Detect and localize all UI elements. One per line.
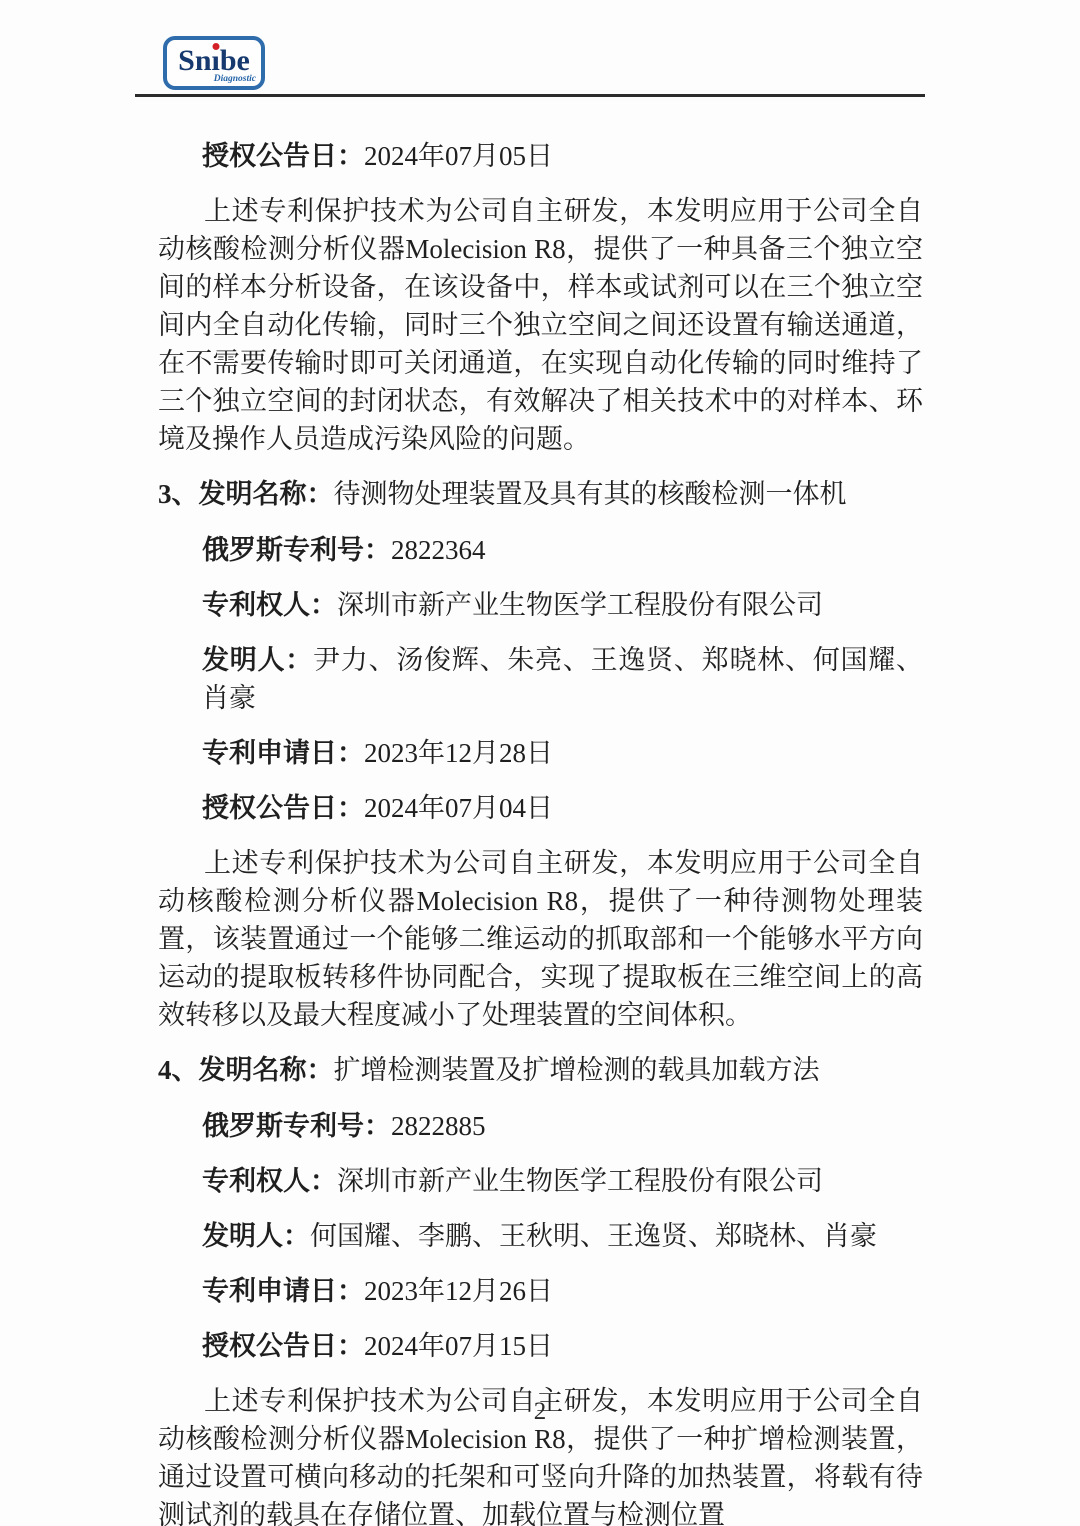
patent3-inventors-field: 发明人：尹力、汤俊辉、朱亮、王逸贤、郑晓林、何国耀、肖豪 (202, 641, 923, 717)
field-label: 俄罗斯专利号： (202, 1111, 391, 1141)
patent3-number-prefix: 3、 (158, 479, 199, 509)
logo-text-post: be (220, 44, 250, 77)
patent4-patentee-field: 专利权人：深圳市新产业生物医学工程股份有限公司 (202, 1162, 923, 1200)
field-value: 2024年07月05日 (364, 141, 553, 171)
field-label: 授权公告日： (202, 141, 364, 171)
patent2-grant-date-field: 授权公告日：2024年07月05日 (202, 137, 923, 175)
patent4-name-label: 发明名称： (199, 1055, 334, 1085)
logo-subtitle: Diagnostic (214, 74, 256, 84)
field-label: 专利权人： (202, 1166, 337, 1196)
patent3-patentee-field: 专利权人：深圳市新产业生物医学工程股份有限公司 (202, 586, 923, 624)
field-value: 深圳市新产业生物医学工程股份有限公司 (337, 590, 823, 620)
field-value: 深圳市新产业生物医学工程股份有限公司 (337, 1166, 823, 1196)
field-label: 专利申请日： (202, 738, 364, 768)
field-label: 发明人： (202, 1221, 310, 1251)
field-label: 授权公告日： (202, 793, 364, 823)
patent4-inventors-field: 发明人：何国耀、李鹏、王秋明、王逸贤、郑晓林、肖豪 (202, 1217, 923, 1255)
patent3-description: 上述专利保护技术为公司自主研发，本发明应用于公司全自动核酸检测分析仪器Molec… (158, 844, 923, 1034)
page-number: 2 (0, 1398, 1080, 1426)
field-label: 专利申请日： (202, 1276, 364, 1306)
field-value: 2024年07月15日 (364, 1331, 553, 1361)
logo-text-pre: Sn (178, 44, 211, 77)
field-value: 2822885 (391, 1111, 486, 1141)
snibe-logo: Snıbe Diagnostic (163, 36, 265, 90)
document-body: 授权公告日：2024年07月05日 上述专利保护技术为公司自主研发，本发明应用于… (0, 97, 1080, 1526)
field-label: 授权公告日： (202, 1331, 364, 1361)
field-label: 俄罗斯专利号： (202, 535, 391, 565)
field-value: 2822364 (391, 535, 486, 565)
patent3-application-date-field: 专利申请日：2023年12月28日 (202, 734, 923, 772)
patent4-title-heading: 4、发明名称：扩增检测装置及扩增检测的载具加载方法 (158, 1051, 923, 1089)
field-value: 何国耀、李鹏、王秋明、王逸贤、郑晓林、肖豪 (310, 1221, 877, 1251)
patent4-application-date-field: 专利申请日：2023年12月26日 (202, 1272, 923, 1310)
patent4-name-value: 扩增检测装置及扩增检测的载具加载方法 (334, 1055, 820, 1085)
patent3-grant-date-field: 授权公告日：2024年07月04日 (202, 789, 923, 827)
document-page: Snıbe Diagnostic 授权公告日：2024年07月05日 上述专利保… (0, 0, 1080, 1526)
patent4-grant-date-field: 授权公告日：2024年07月15日 (202, 1327, 923, 1365)
field-label: 发明人： (202, 645, 313, 675)
field-value: 2023年12月28日 (364, 738, 553, 768)
patent2-description: 上述专利保护技术为公司自主研发，本发明应用于公司全自动核酸检测分析仪器Molec… (158, 192, 923, 458)
field-value: 2023年12月26日 (364, 1276, 553, 1306)
patent3-title-heading: 3、发明名称：待测物处理装置及具有其的核酸检测一体机 (158, 475, 923, 513)
patent3-name-value: 待测物处理装置及具有其的核酸检测一体机 (334, 479, 847, 509)
patent3-russia-patent-number-field: 俄罗斯专利号：2822364 (202, 531, 923, 569)
patent3-name-label: 发明名称： (199, 479, 334, 509)
logo-red-dot-icon (212, 43, 219, 50)
patent4-number-prefix: 4、 (158, 1055, 199, 1085)
document-header: Snıbe Diagnostic (0, 0, 1080, 97)
field-value: 2024年07月04日 (364, 793, 553, 823)
field-label: 专利权人： (202, 590, 337, 620)
patent4-russia-patent-number-field: 俄罗斯专利号：2822885 (202, 1107, 923, 1145)
